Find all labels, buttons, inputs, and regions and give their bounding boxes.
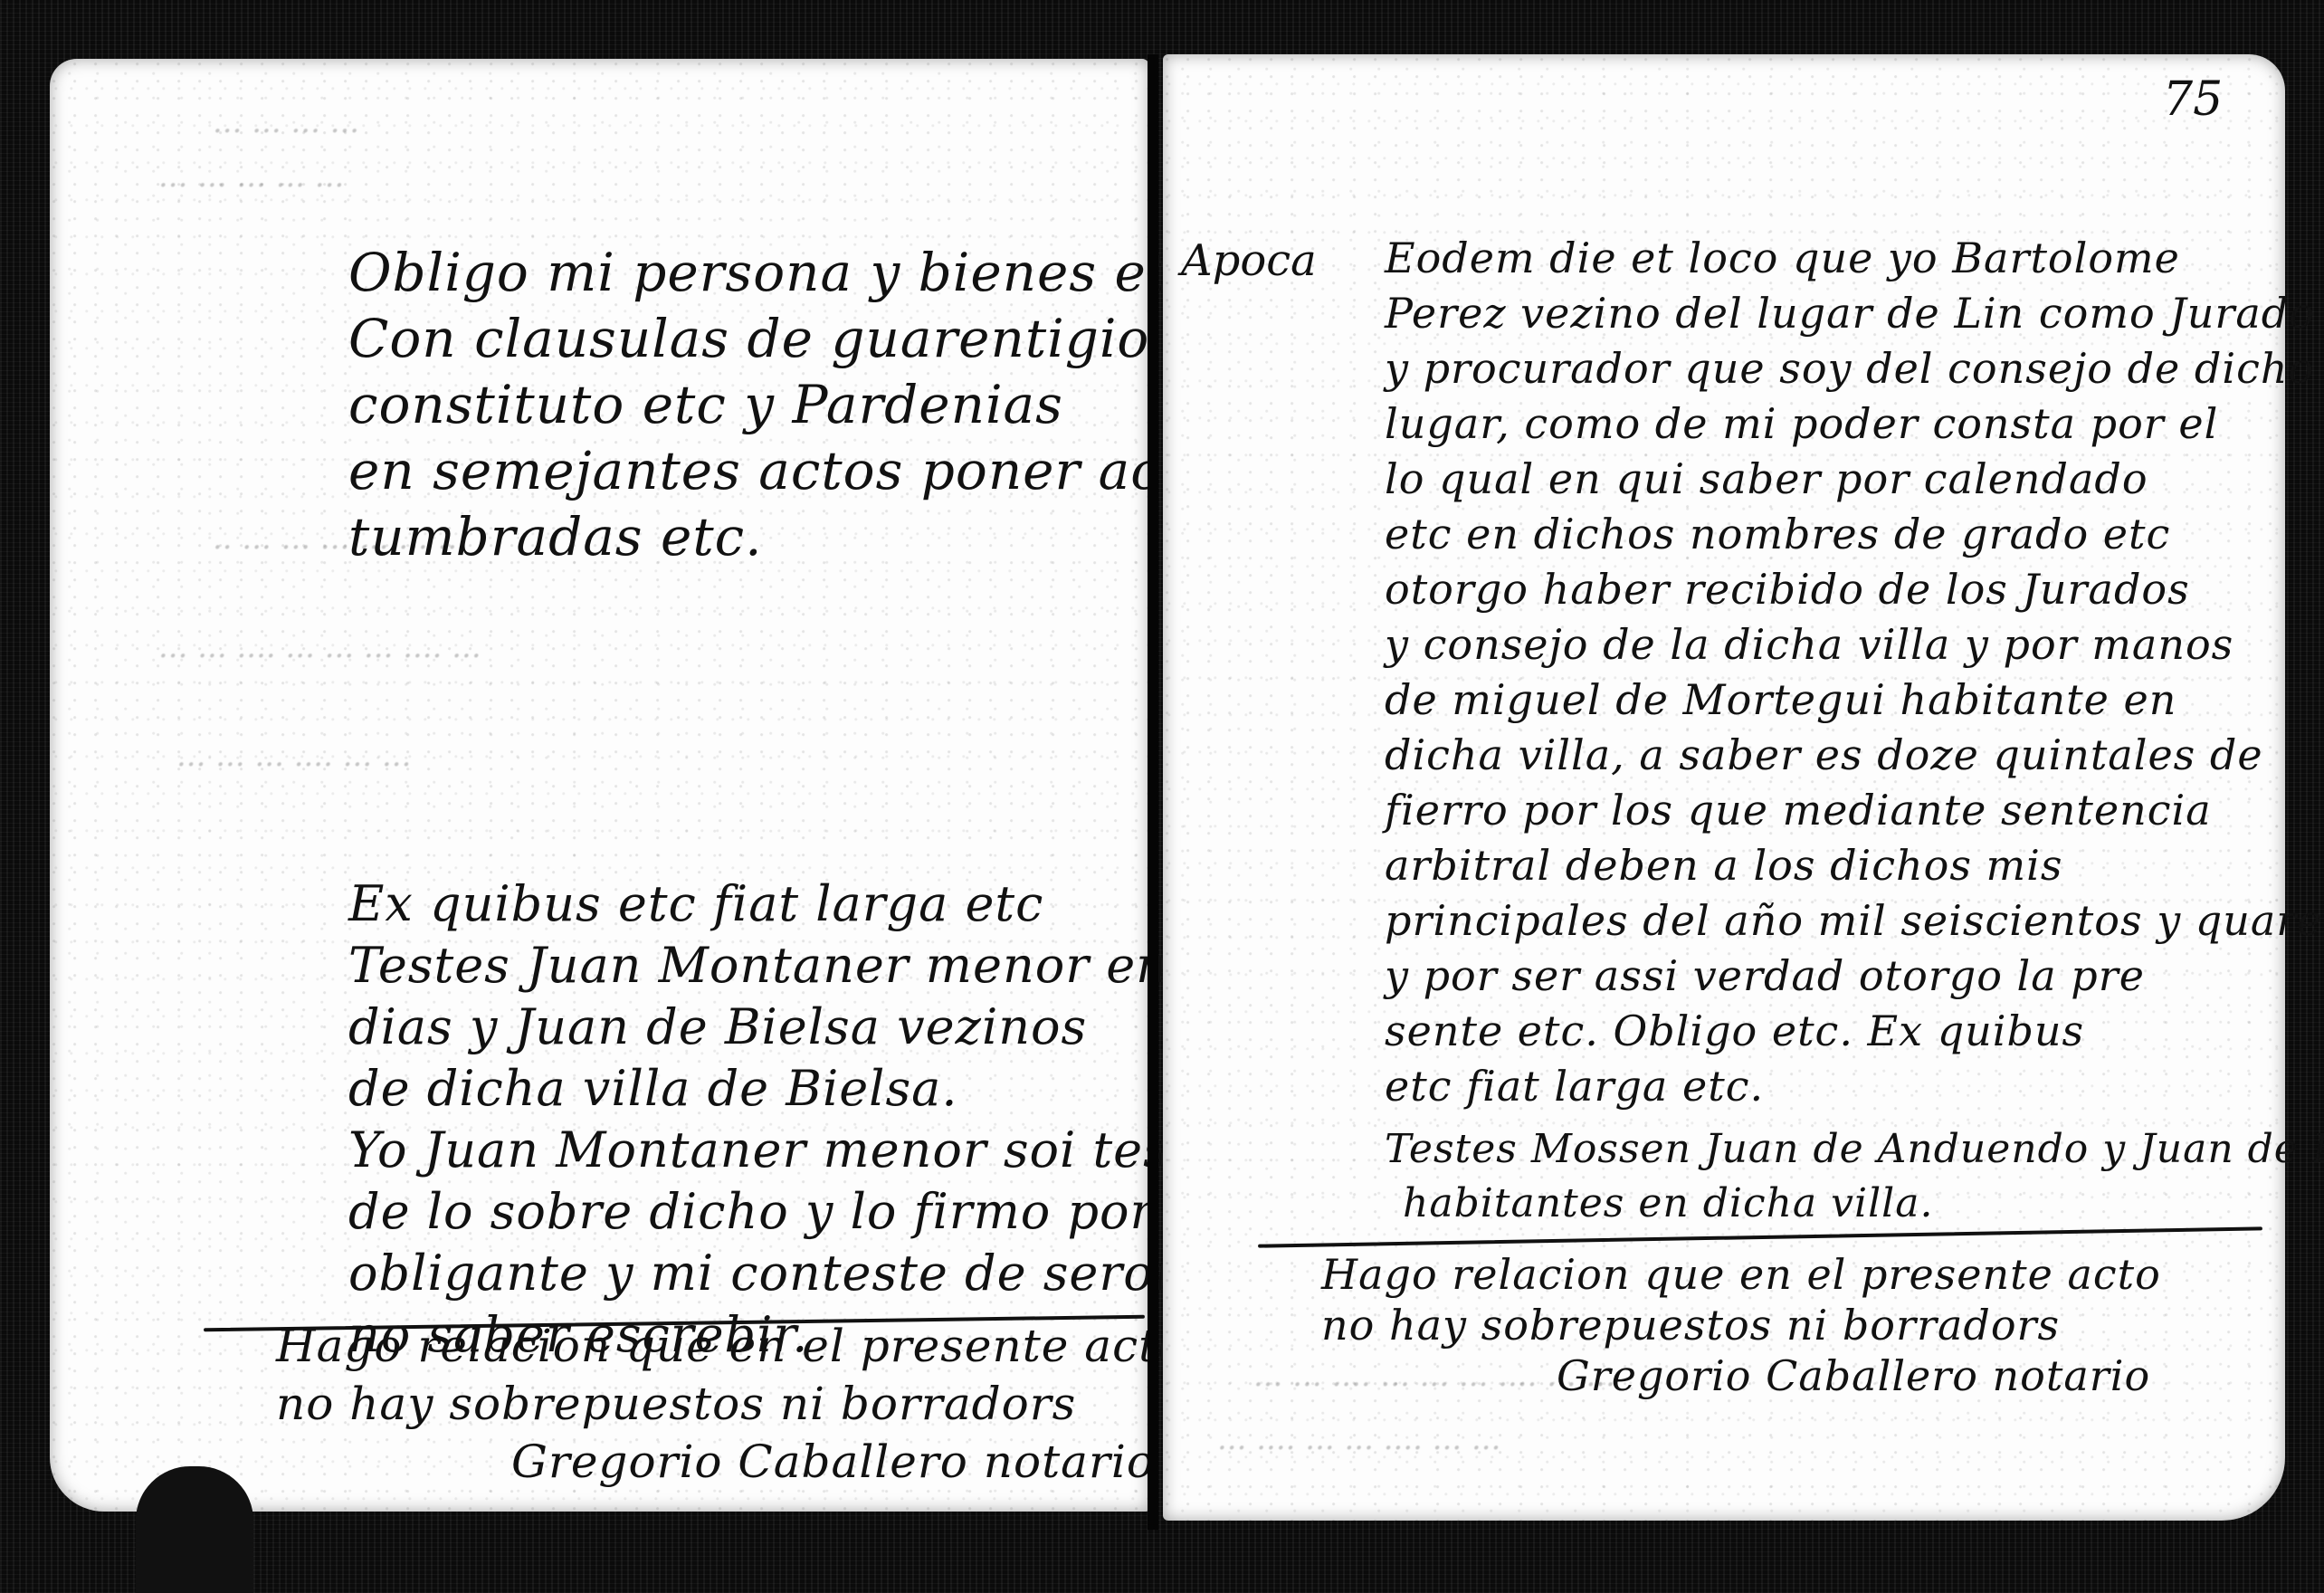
- text-line: de miguel de Mortegui habitante en: [1385, 672, 2324, 728]
- bleed-through-text: ··· ··· ···· ··· ··· ··· ···· ···: [158, 638, 481, 674]
- text-line: fierro por los que mediante sentencia: [1385, 783, 2324, 838]
- text-line: Hago relacion que en el presente acto: [276, 1317, 1186, 1375]
- text-line: Con clausulas de guarentigio: [348, 306, 1221, 372]
- text-line: Testes Mossen Juan de Anduendo y Juan de…: [1385, 1122, 2324, 1177]
- notary-signature: Gregorio Caballero notario: [276, 1433, 1186, 1491]
- scanner-thumb-shadow: [136, 1466, 253, 1593]
- text-line: obligante y mi conteste de seron: [348, 1243, 1269, 1304]
- text-line: etc fiat larga etc.: [1385, 1059, 2324, 1114]
- text-line: etc en dichos nombres de grado etc: [1385, 507, 2324, 562]
- faint-header-line: ··· ··· ··· ··· ···: [158, 167, 344, 204]
- text-line: de lo sobre dicho y lo firmo por la: [348, 1181, 1269, 1243]
- text-line: Ex quibus etc fiat larga etc: [348, 873, 1269, 935]
- right-block-2: Testes Mossen Juan de Anduendo y Juan de…: [1385, 1122, 2324, 1231]
- text-line: Obligo mi persona y bienes etc: [348, 240, 1221, 306]
- text-line: constituto etc y Pardenias: [348, 372, 1221, 438]
- text-line: y por ser assi verdad otorgo la pre: [1385, 949, 2324, 1004]
- text-line: habitantes en dicha villa.: [1385, 1177, 2324, 1231]
- book-gutter: [1148, 54, 1158, 1530]
- bleed-through-text: ··· ···· ··· ··· ···· ··· ···: [1217, 1430, 1500, 1466]
- text-line: en semejantes actos poner acos: [348, 438, 1221, 504]
- left-block-1: Obligo mi persona y bienes etc Con claus…: [348, 240, 1221, 570]
- faint-header-line: ··· ··· ··· ···: [213, 113, 359, 149]
- text-line: no hay sobrepuestos ni borradors: [1321, 1300, 2161, 1350]
- text-line: Testes Juan Montaner menor en: [348, 935, 1269, 997]
- text-line: Perez vezino del lugar de Lin como Jurad…: [1385, 286, 2324, 341]
- text-line: y procurador que soy del consejo de dich…: [1385, 341, 2324, 396]
- bleed-through-text: ··· ··· ··· ···· ··· ···: [176, 747, 411, 783]
- text-line: lo qual en qui saber por calendado: [1385, 452, 2324, 507]
- bleed-through-text: ··· ··· ···· ··· ··· ··· ···· ··· ···: [1253, 1367, 1615, 1403]
- text-line: dicha villa, a saber es doze quintales d…: [1385, 728, 2324, 783]
- left-block-2: Ex quibus etc fiat larga etc Testes Juan…: [348, 873, 1269, 1366]
- right-block-1: Eodem die et loco que yo Bartolome Perez…: [1385, 231, 2324, 1114]
- bleed-through-text: ·· ··· ··· ··· ··· ··· ···: [213, 529, 467, 566]
- text-line: lugar, como de mi poder consta por el: [1385, 396, 2324, 452]
- text-line: no hay sobrepuestos ni borradors: [276, 1375, 1186, 1433]
- text-line: tumbradas etc.: [348, 504, 1221, 570]
- text-line: Hago relacion que en el presente acto: [1321, 1249, 2161, 1300]
- text-line: de dicha villa de Bielsa.: [348, 1058, 1269, 1120]
- text-line: arbitral deben a los dichos mis: [1385, 838, 2324, 893]
- text-line: Eodem die et loco que yo Bartolome: [1385, 231, 2324, 286]
- margin-note: Apoca: [1181, 235, 1317, 286]
- left-page: ··· ··· ··· ··· ··· ··· ··· ··· ··· Obli…: [50, 59, 1149, 1512]
- text-line: principales del año mil seiscientos y qu…: [1385, 893, 2324, 949]
- text-line: dias y Juan de Bielsa vezinos: [348, 997, 1269, 1058]
- folio-number: 75: [2163, 72, 2223, 127]
- right-page: 75 Apoca Eodem die et loco que yo Bartol…: [1163, 54, 2285, 1521]
- text-line: otorgo haber recibido de los Jurados: [1385, 562, 2324, 617]
- text-line: Yo Juan Montaner menor soi testigo: [348, 1120, 1269, 1181]
- left-closing-note: Hago relacion que en el presente acto no…: [276, 1317, 1186, 1491]
- text-line: sente etc. Obligo etc. Ex quibus: [1385, 1004, 2324, 1059]
- text-line: y consejo de la dicha villa y por manos: [1385, 617, 2324, 672]
